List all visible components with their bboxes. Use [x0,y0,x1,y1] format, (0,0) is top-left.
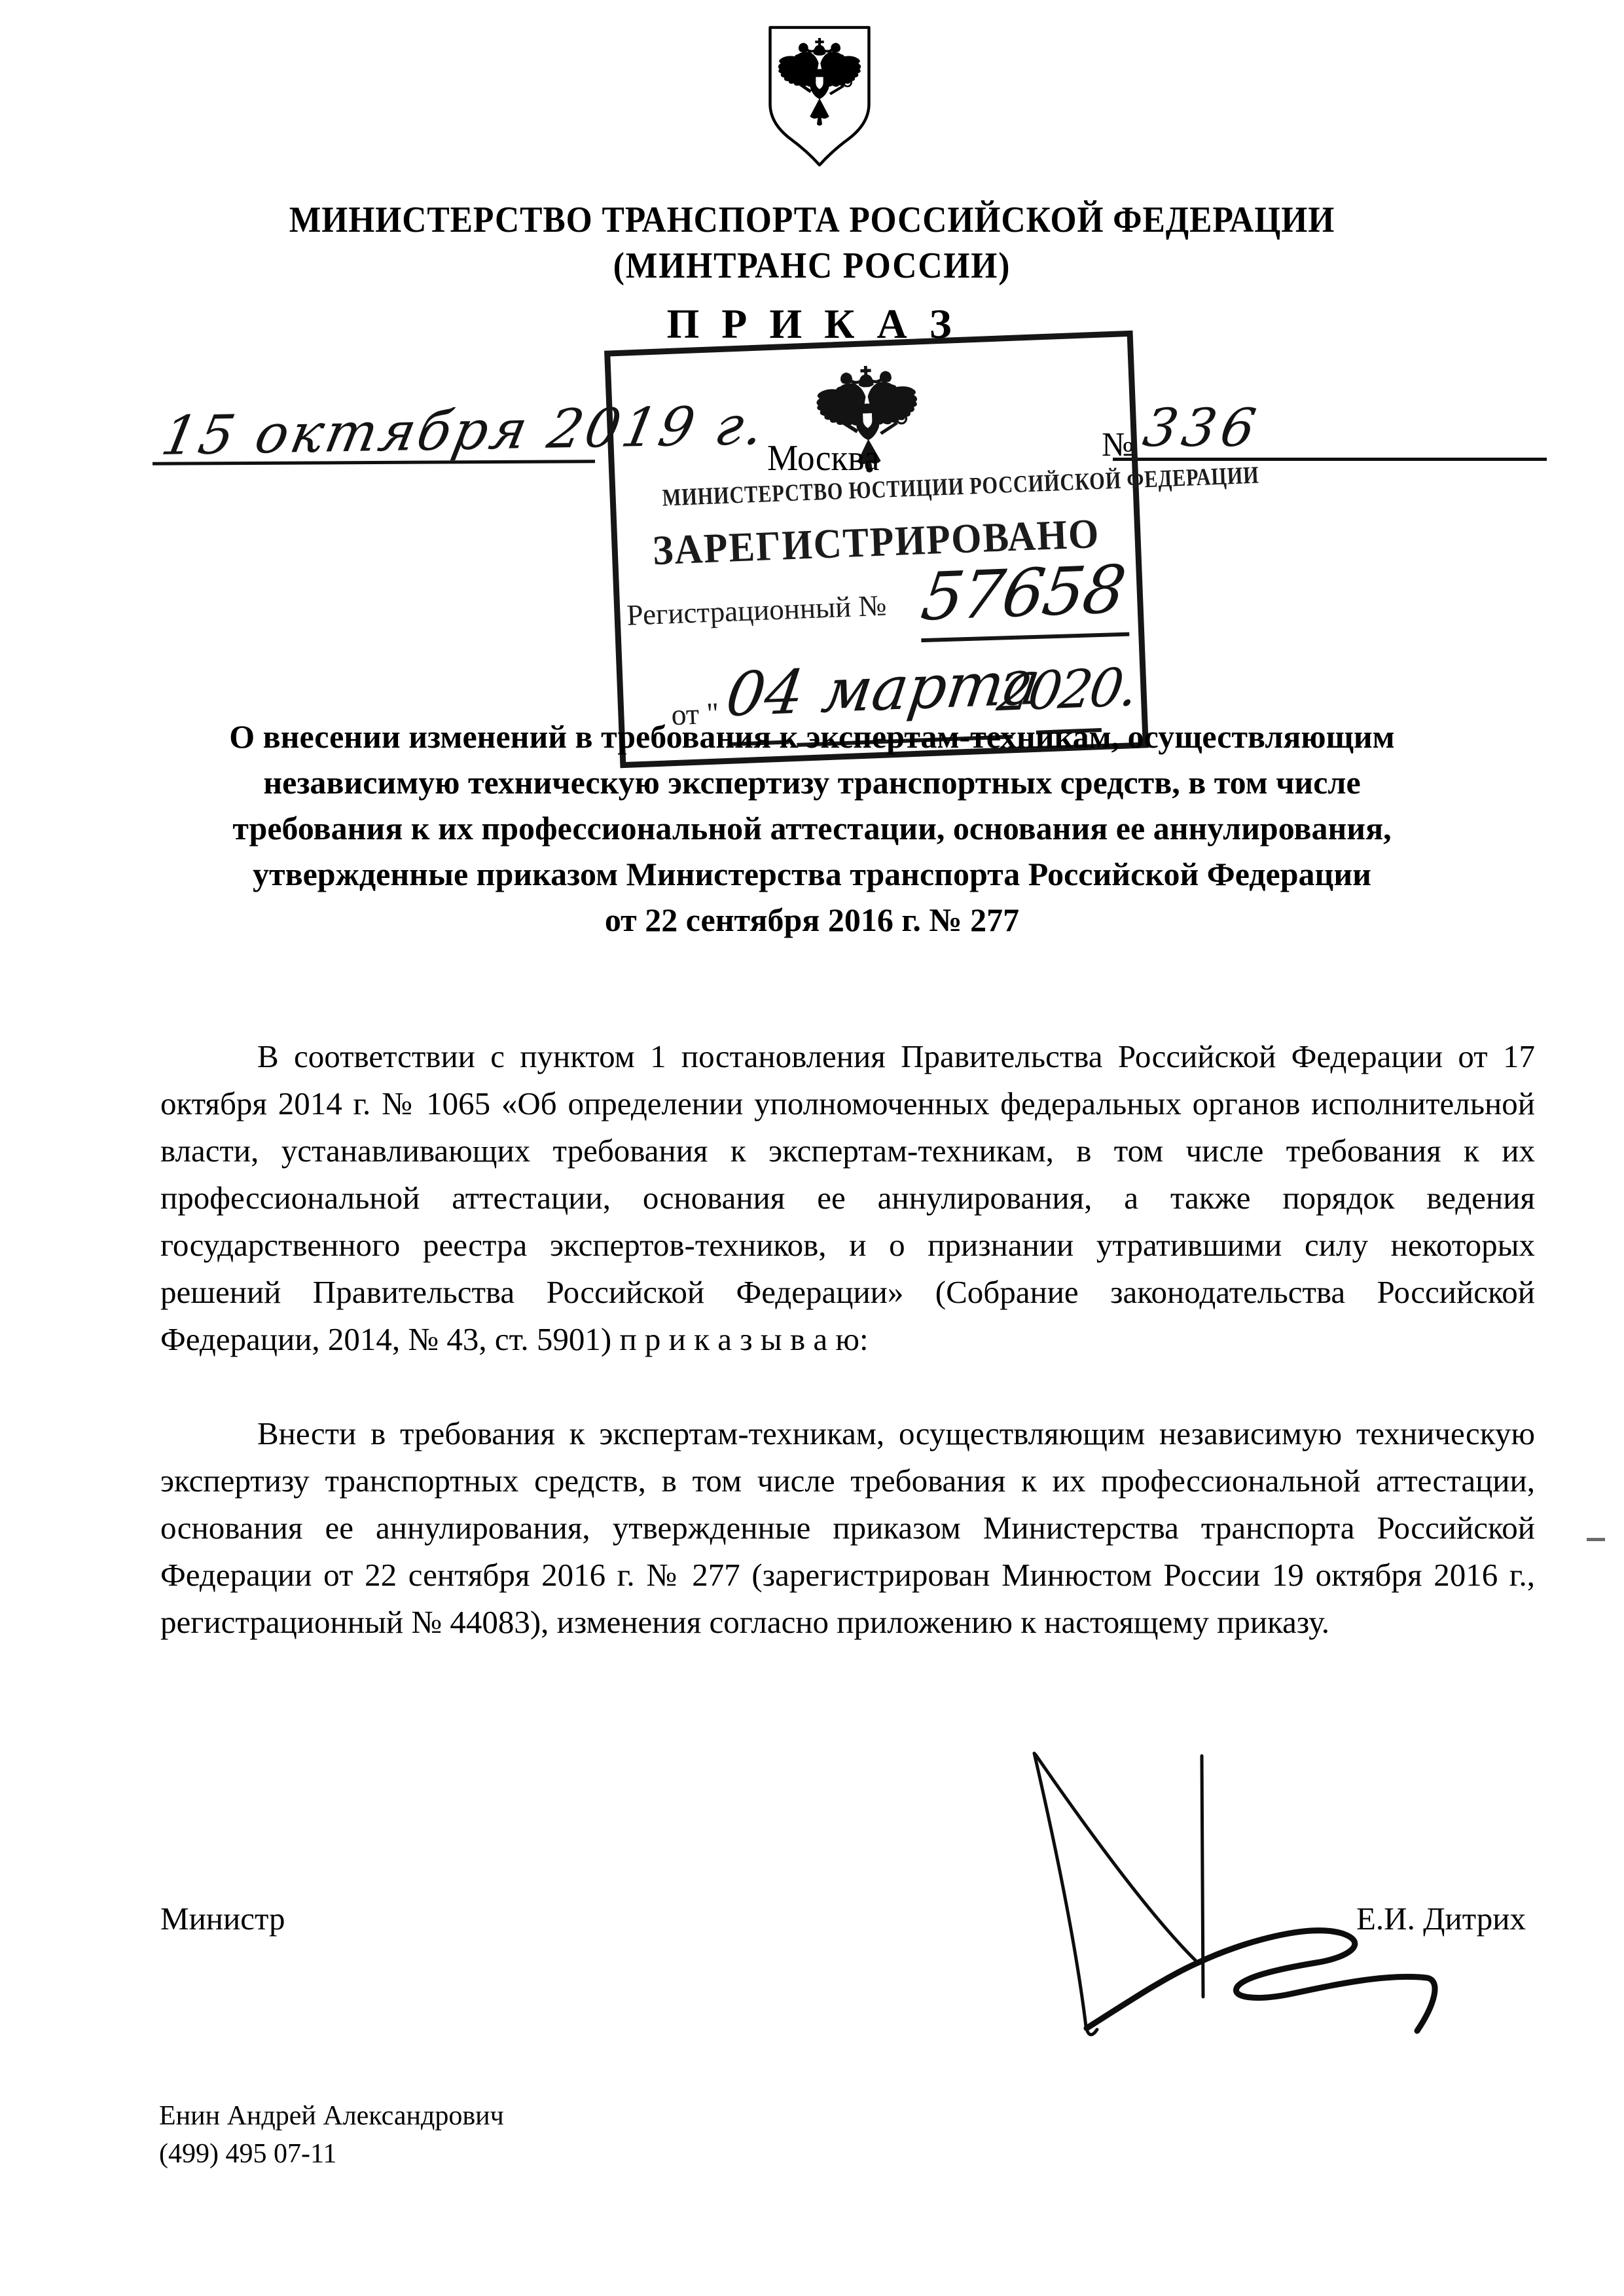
contact-name: Енин Андрей Александрович [159,2097,504,2135]
body-paragraph-1: В соответствии с пунктом 1 постановления… [160,1033,1535,1363]
subject-line: утвержденные приказом Министерства транс… [0,851,1624,897]
minister-title: Министр [160,1900,285,1937]
subject-line: требования к их профессиональной аттеста… [0,805,1624,851]
scan-artifact [1587,1538,1605,1541]
minister-name: Е.И. Дитрих [1356,1900,1526,1937]
document-page: МИНИСТЕРСТВО ТРАНСПОРТА РОССИЙСКОЙ ФЕДЕР… [0,0,1624,2296]
subject-line: О внесении изменений в требования к эксп… [0,714,1624,759]
body-paragraph-2: Внести в требования к экспертам-техникам… [160,1410,1535,1646]
subject-title: О внесении изменений в требования к эксп… [0,714,1624,943]
stamp-reg-number-label: Регистрационный № [626,588,888,632]
order-number-handwritten: 336 [1140,402,1265,454]
stamp-reg-number-value: 57658 [918,556,1128,630]
coat-of-arms-icon [761,24,878,169]
stamp-eagle-icon [812,359,923,492]
minister-signature [982,1702,1453,2043]
body-text: В соответствии с пунктом 1 постановления… [160,1033,1535,1646]
subject-line: независимую техническую экспертизу транс… [0,759,1624,805]
registration-stamp: МИНИСТЕРСТВО ЮСТИЦИИ РОССИЙСКОЙ ФЕДЕРАЦИ… [604,331,1149,769]
stamp-date-year: 2020. [994,661,1138,720]
ministry-name: МИНИСТЕРСТВО ТРАНСПОРТА РОССИЙСКОЙ ФЕДЕР… [65,199,1559,241]
subject-line: от 22 сентября 2016 г. № 277 [0,897,1624,943]
ministry-short-name: (МИНТРАНС РОССИИ) [65,245,1559,287]
order-number-underline [1113,458,1547,461]
contact-phone: (499) 495 07-11 [159,2135,504,2173]
document-type-heading: П Р И К А З [0,300,1624,348]
footer-contact: Енин Андрей Александрович (499) 495 07-1… [159,2097,504,2173]
